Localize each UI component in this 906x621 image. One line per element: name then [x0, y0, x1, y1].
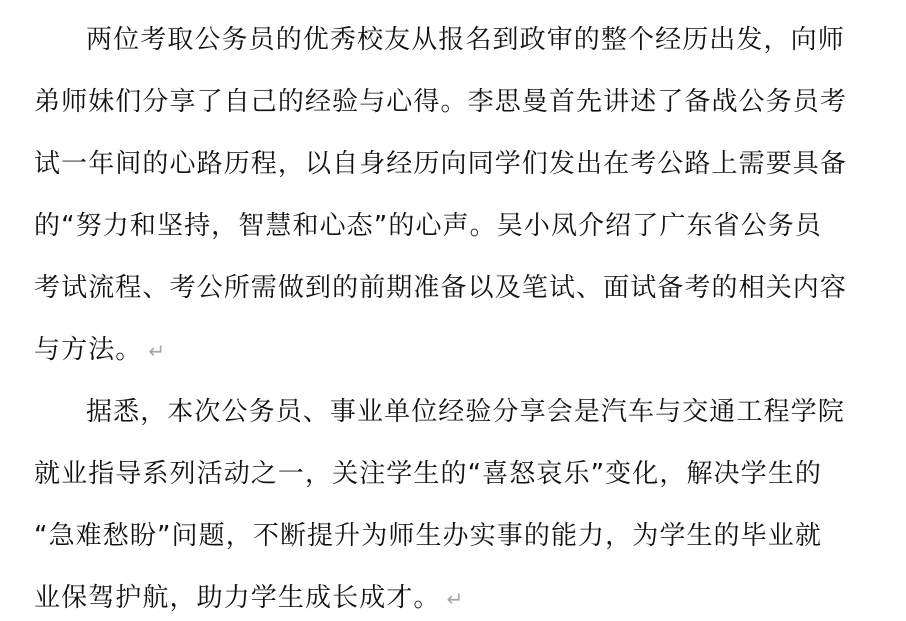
paragraph-return-icon: ↵ [148, 339, 166, 363]
paragraph-return-icon: ↵ [447, 587, 465, 611]
text-line: 考试流程、考公所需做到的前期准备以及笔试、面试备考的相关内容 [34, 257, 874, 319]
text-line: 弟师妹们分享了自己的经验与心得。李思曼首先讲述了备战公务员考 [34, 71, 874, 133]
document-body: 两位考取公务员的优秀校友从报名到政审的整个经历出发，向师 弟师妹们分享了自己的经… [34, 9, 874, 621]
text-line: 的“努力和坚持，智慧和心态”的心声。吴小凤介绍了广东省公务员 [34, 195, 874, 257]
text-line: 据悉，本次公务员、事业单位经验分享会是汽车与交通工程学院 [34, 381, 874, 443]
text-line-content: 业保驾护航，助力学生成长成才。 [34, 583, 441, 613]
paragraph-1: 两位考取公务员的优秀校友从报名到政审的整个经历出发，向师 弟师妹们分享了自己的经… [34, 9, 874, 381]
text-line: 两位考取公务员的优秀校友从报名到政审的整个经历出发，向师 [34, 9, 874, 71]
paragraph-2: 据悉，本次公务员、事业单位经验分享会是汽车与交通工程学院 就业指导系列活动之一，… [34, 381, 874, 621]
text-line-last: 业保驾护航，助力学生成长成才。↵ [34, 567, 874, 621]
text-line: “急难愁盼”问题，不断提升为师生办实事的能力，为学生的毕业就 [34, 505, 874, 567]
text-line-last: 与方法。↵ [34, 319, 874, 381]
text-line: 就业指导系列活动之一，关注学生的“喜怒哀乐”变化，解决学生的 [34, 443, 874, 505]
text-line: 试一年间的心路历程，以自身经历向同学们发出在考公路上需要具备 [34, 133, 874, 195]
text-line-content: 与方法。 [34, 335, 142, 365]
